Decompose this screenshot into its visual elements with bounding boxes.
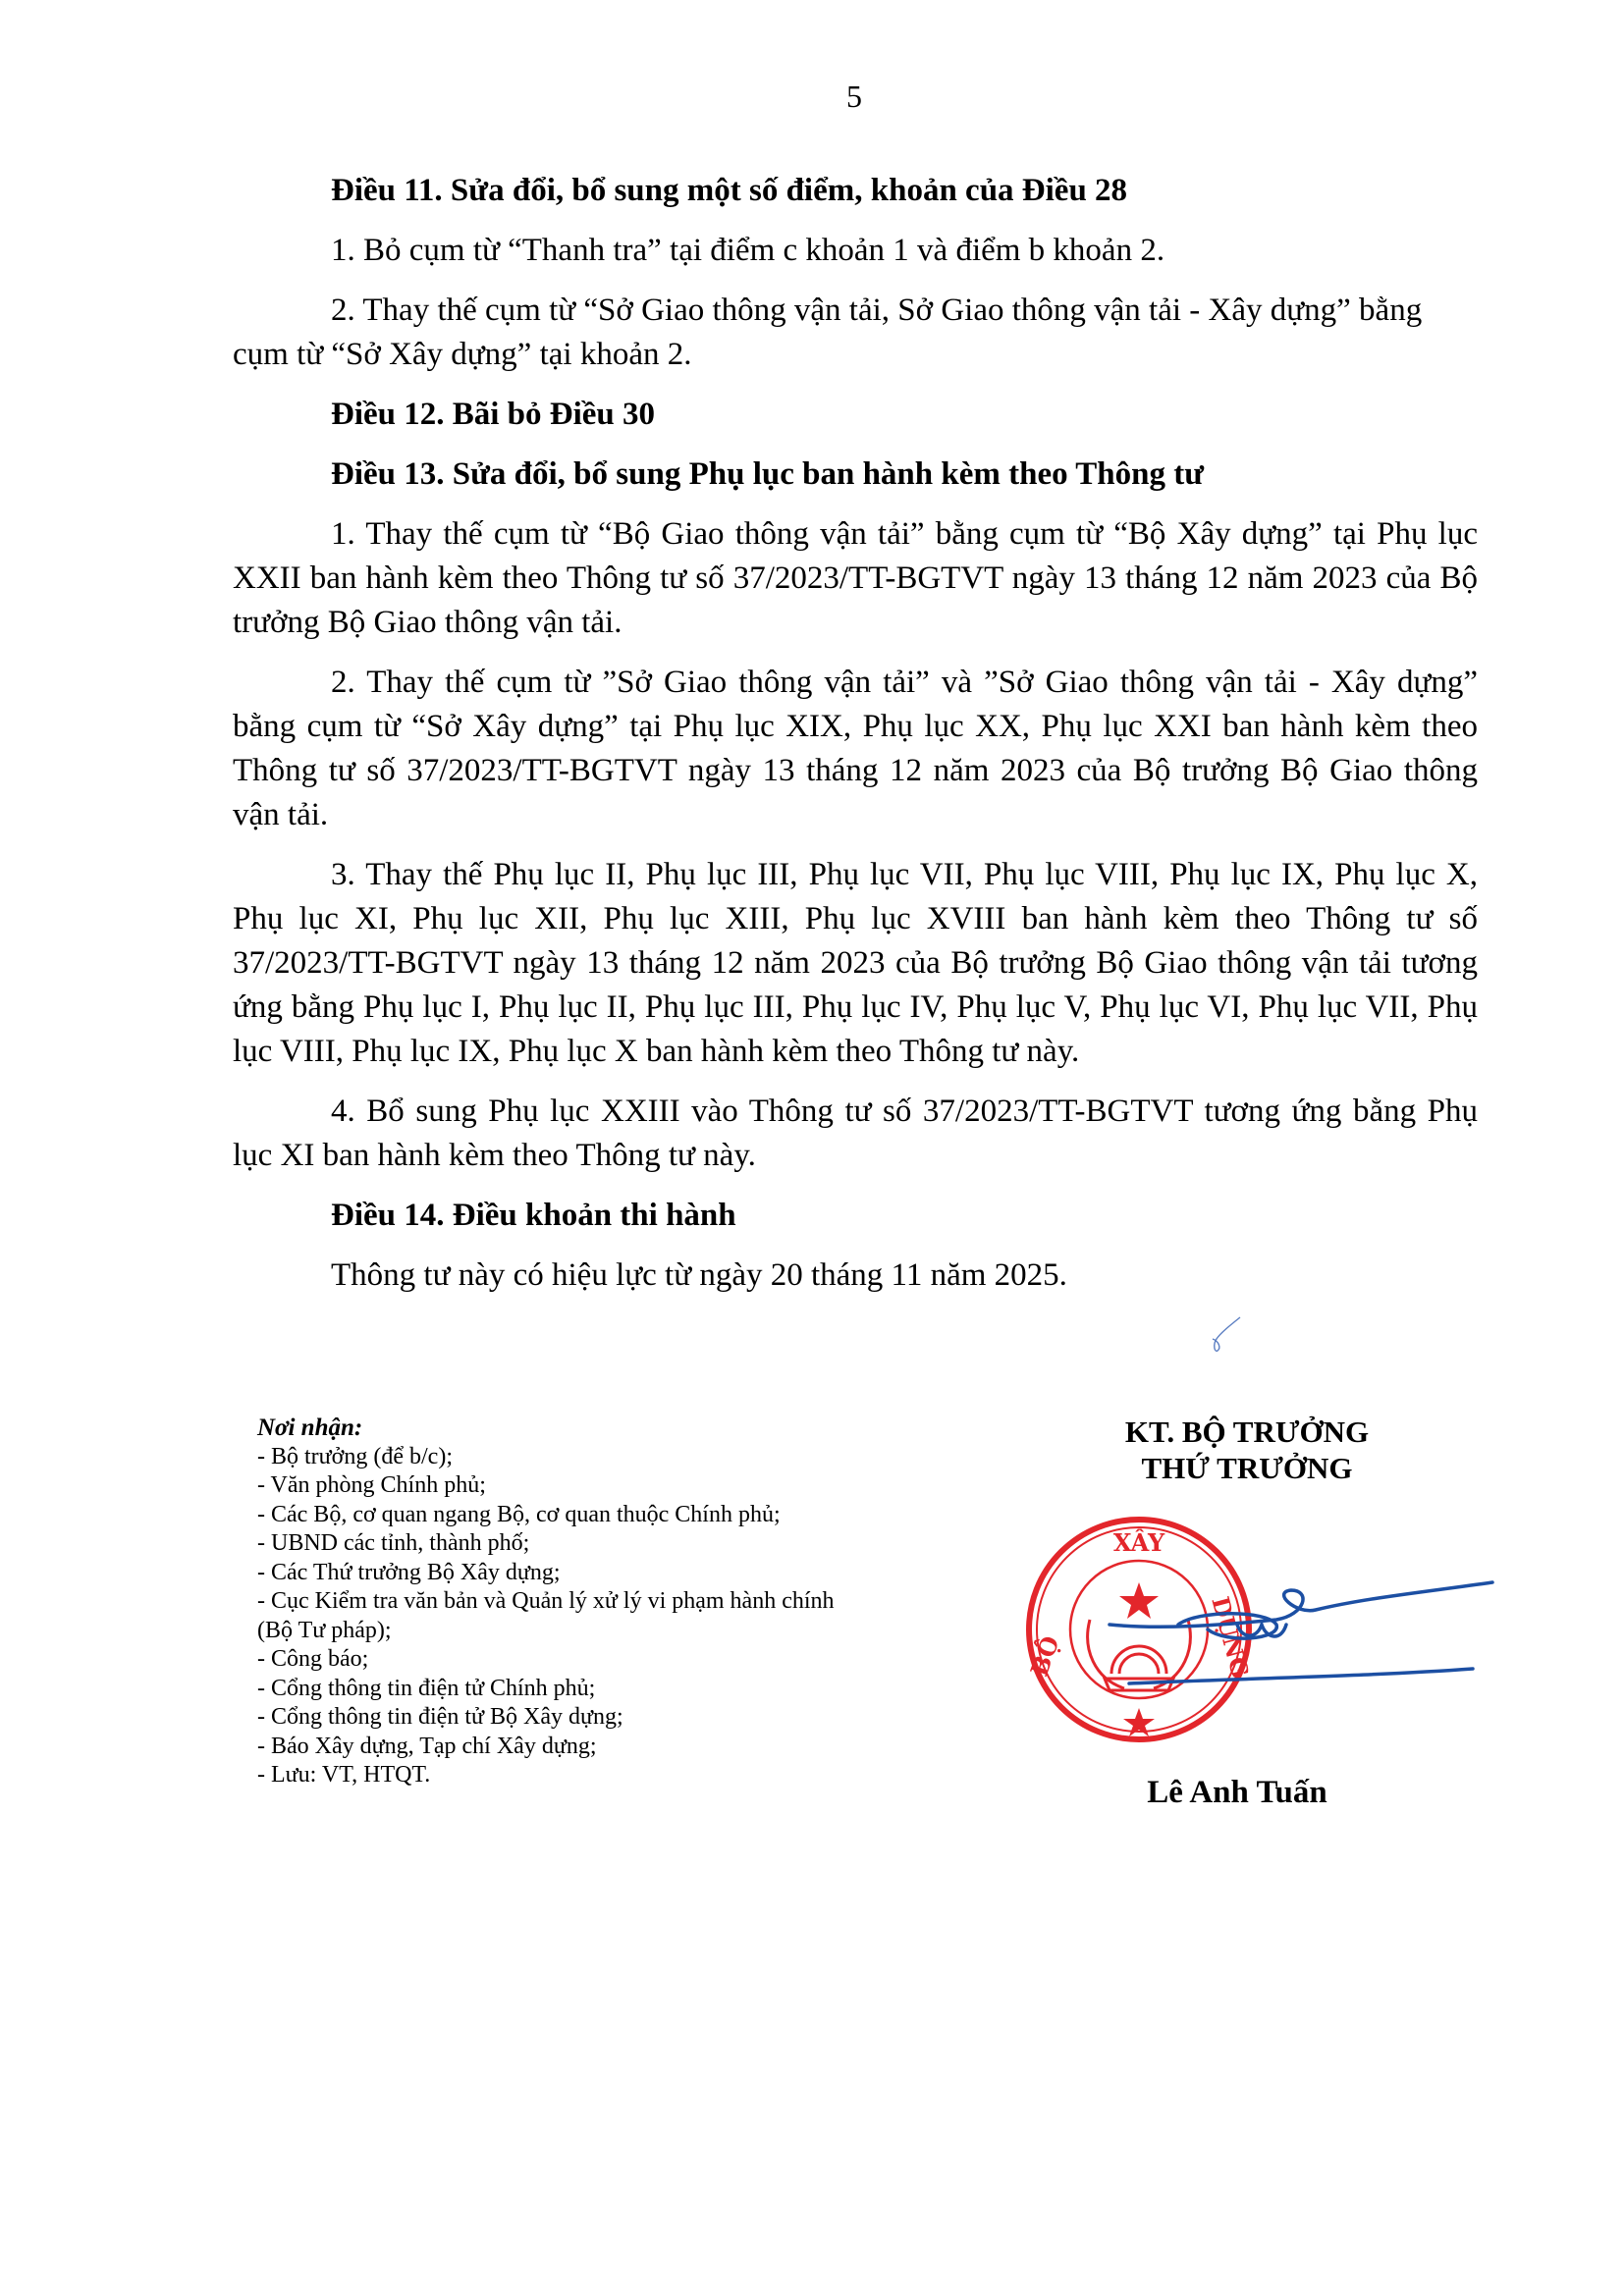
- article-paragraph: Thông tư này có hiệu lực từ ngày 20 thán…: [233, 1254, 1478, 1298]
- recipient-item: - Văn phòng Chính phủ;: [257, 1471, 866, 1501]
- article-heading: Điều 12. Bãi bỏ Điều 30: [233, 393, 1478, 437]
- document-body: Điều 11. Sửa đổi, bổ sung một số điểm, k…: [233, 169, 1478, 1313]
- recipient-item: - Báo Xây dựng, Tạp chí Xây dựng;: [257, 1733, 866, 1762]
- recipient-item: - Lưu: VT, HTQT.: [257, 1761, 866, 1790]
- signature-block: KT. BỘ TRƯỞNG THỨ TRƯỞNG: [1060, 1414, 1434, 1486]
- recipient-item: - Cổng thông tin điện tử Bộ Xây dựng;: [257, 1703, 866, 1733]
- article-heading: Điều 13. Sửa đổi, bổ sung Phụ lục ban hà…: [233, 453, 1478, 497]
- page-number: 5: [0, 79, 1624, 115]
- recipient-item: - Cục Kiểm tra văn bản và Quản lý xử lý …: [257, 1587, 866, 1645]
- initial-mark-icon: [1203, 1315, 1242, 1355]
- signature-title-line1: KT. BỘ TRƯỞNG: [1060, 1414, 1434, 1450]
- article-paragraph: 3. Thay thế Phụ lục II, Phụ lục III, Phụ…: [233, 853, 1478, 1074]
- article-paragraph: 1. Bỏ cụm từ “Thanh tra” tại điểm c khoả…: [233, 229, 1478, 273]
- article-11: Điều 11. Sửa đổi, bổ sung một số điểm, k…: [233, 169, 1478, 377]
- article-paragraph: 2. Thay thế cụm từ “Sở Giao thông vận tả…: [233, 289, 1478, 377]
- recipient-item: - Cổng thông tin điện tử Chính phủ;: [257, 1675, 866, 1704]
- article-12: Điều 12. Bãi bỏ Điều 30: [233, 393, 1478, 437]
- article-paragraph: 1. Thay thế cụm từ “Bộ Giao thông vận tả…: [233, 512, 1478, 645]
- article-paragraph: 4. Bổ sung Phụ lục XXIII vào Thông tư số…: [233, 1090, 1478, 1178]
- article-13: Điều 13. Sửa đổi, bổ sung Phụ lục ban hà…: [233, 453, 1478, 1178]
- stamp-text-top: XÂY: [1113, 1528, 1165, 1557]
- recipient-item: - Các Thứ trưởng Bộ Xây dựng;: [257, 1559, 866, 1588]
- article-heading: Điều 14. Điều khoản thi hành: [233, 1194, 1478, 1238]
- signature-ink: [1070, 1571, 1522, 1698]
- recipients-list: Nơi nhận: - Bộ trưởng (để b/c); - Văn ph…: [257, 1414, 866, 1790]
- recipient-item: - Các Bộ, cơ quan ngang Bộ, cơ quan thuộ…: [257, 1501, 866, 1530]
- recipient-item: - Bộ trưởng (để b/c);: [257, 1443, 866, 1472]
- article-paragraph: 2. Thay thế cụm từ ”Sở Giao thông vận tả…: [233, 661, 1478, 837]
- signature-title-line2: THỨ TRƯỞNG: [1060, 1450, 1434, 1486]
- article-14: Điều 14. Điều khoản thi hành Thông tư nà…: [233, 1194, 1478, 1298]
- recipients-title: Nơi nhận:: [257, 1414, 866, 1443]
- recipient-item: - Công báo;: [257, 1645, 866, 1675]
- recipient-item: - UBND các tỉnh, thành phố;: [257, 1529, 866, 1559]
- signer-name: Lê Anh Tuấn: [1110, 1775, 1365, 1811]
- article-heading: Điều 11. Sửa đổi, bổ sung một số điểm, k…: [233, 169, 1478, 213]
